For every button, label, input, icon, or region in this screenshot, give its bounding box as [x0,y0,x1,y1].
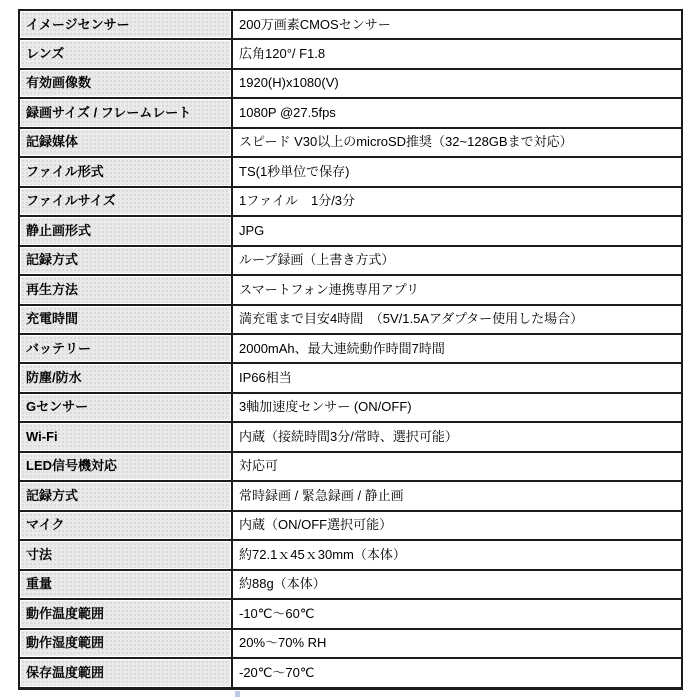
spec-value: 常時録画 / 緊急録画 / 静止画 [232,481,682,510]
spec-value: 内蔵（接続時間3分/常時、選択可能） [232,422,682,451]
table-row: マイク 内蔵（ON/OFF選択可能） [19,511,682,540]
spec-label: 再生方法 [19,275,232,304]
spec-value: -10℃～60℃ [232,599,682,628]
spec-label: 静止画形式 [19,216,232,245]
spec-value: IP66相当 [232,363,682,392]
spec-sheet-page: イメージセンサー 200万画素CMOSセンサー レンズ 広角120°/ F1.8… [0,0,700,700]
table-row: Gセンサー 3軸加速度センサー (ON/OFF) [19,393,682,422]
spec-value: 200万画素CMOSセンサー [232,10,682,39]
table-row: 保存温度範囲 -20℃～70℃ [19,658,682,689]
spec-label: 録画サイズ / フレームレート [19,98,232,127]
table-row: 防塵/防水 IP66相当 [19,363,682,392]
spec-label: 保存温度範囲 [19,658,232,689]
table-row: バッテリー 2000mAh、最大連続動作時間7時間 [19,334,682,363]
spec-value: 広角120°/ F1.8 [232,39,682,68]
spec-label: 記録方式 [19,481,232,510]
spec-label: レンズ [19,39,232,68]
table-row: 記録方式 常時録画 / 緊急録画 / 静止画 [19,481,682,510]
table-row: ファイル形式 TS(1秒単位で保存) [19,157,682,186]
spec-label: 重量 [19,570,232,599]
table-row: 重量 約88g（本体） [19,570,682,599]
table-row: 静止画形式 JPG [19,216,682,245]
spec-value: 1ファイル 1分/3分 [232,187,682,216]
spec-value: 内蔵（ON/OFF選択可能） [232,511,682,540]
spec-value: 2000mAh、最大連続動作時間7時間 [232,334,682,363]
spec-label: LED信号機対応 [19,452,232,481]
spec-label: 防塵/防水 [19,363,232,392]
spec-label: 記録媒体 [19,128,232,157]
spec-value: 1080P @27.5fps [232,98,682,127]
spec-label: バッテリー [19,334,232,363]
spec-value: 1920(H)x1080(V) [232,69,682,98]
spec-value: 約72.1ｘ45ｘ30mm（本体） [232,540,682,569]
spec-label: マイク [19,511,232,540]
table-row: 充電時間 満充電まで目安4時間 （5V/1.5Aアダプター使用した場合） [19,305,682,334]
spec-label: 動作湿度範囲 [19,629,232,658]
spec-label: イメージセンサー [19,10,232,39]
table-row: 動作湿度範囲 20%～70% RH [19,629,682,658]
selection-handle-artifact [235,691,240,697]
spec-value: ループ録画（上書き方式） [232,246,682,275]
table-row: 寸法 約72.1ｘ45ｘ30mm（本体） [19,540,682,569]
spec-table: イメージセンサー 200万画素CMOSセンサー レンズ 広角120°/ F1.8… [18,9,683,690]
spec-value: 3軸加速度センサー (ON/OFF) [232,393,682,422]
spec-value: 20%～70% RH [232,629,682,658]
table-row: レンズ 広角120°/ F1.8 [19,39,682,68]
spec-value: スピード V30以上のmicroSD推奨（32~128GBまで対応） [232,128,682,157]
spec-label: 動作温度範囲 [19,599,232,628]
table-row: 動作温度範囲 -10℃～60℃ [19,599,682,628]
spec-label: ファイルサイズ [19,187,232,216]
spec-label: 充電時間 [19,305,232,334]
spec-label: 寸法 [19,540,232,569]
spec-value: -20℃～70℃ [232,658,682,689]
table-row: 有効画像数 1920(H)x1080(V) [19,69,682,98]
spec-value: スマートフォン連携専用アプリ [232,275,682,304]
spec-label: Wi-Fi [19,422,232,451]
table-row: LED信号機対応 対応可 [19,452,682,481]
spec-value: JPG [232,216,682,245]
spec-label: 有効画像数 [19,69,232,98]
spec-value: TS(1秒単位で保存) [232,157,682,186]
table-row: Wi-Fi 内蔵（接続時間3分/常時、選択可能） [19,422,682,451]
spec-value: 約88g（本体） [232,570,682,599]
spec-label: Gセンサー [19,393,232,422]
spec-label: 記録方式 [19,246,232,275]
table-row: 録画サイズ / フレームレート 1080P @27.5fps [19,98,682,127]
spec-value: 対応可 [232,452,682,481]
table-row: ファイルサイズ 1ファイル 1分/3分 [19,187,682,216]
table-row: 再生方法 スマートフォン連携専用アプリ [19,275,682,304]
table-row: 記録媒体 スピード V30以上のmicroSD推奨（32~128GBまで対応） [19,128,682,157]
table-row: イメージセンサー 200万画素CMOSセンサー [19,10,682,39]
table-row: 記録方式 ループ録画（上書き方式） [19,246,682,275]
spec-value: 満充電まで目安4時間 （5V/1.5Aアダプター使用した場合） [232,305,682,334]
spec-label: ファイル形式 [19,157,232,186]
